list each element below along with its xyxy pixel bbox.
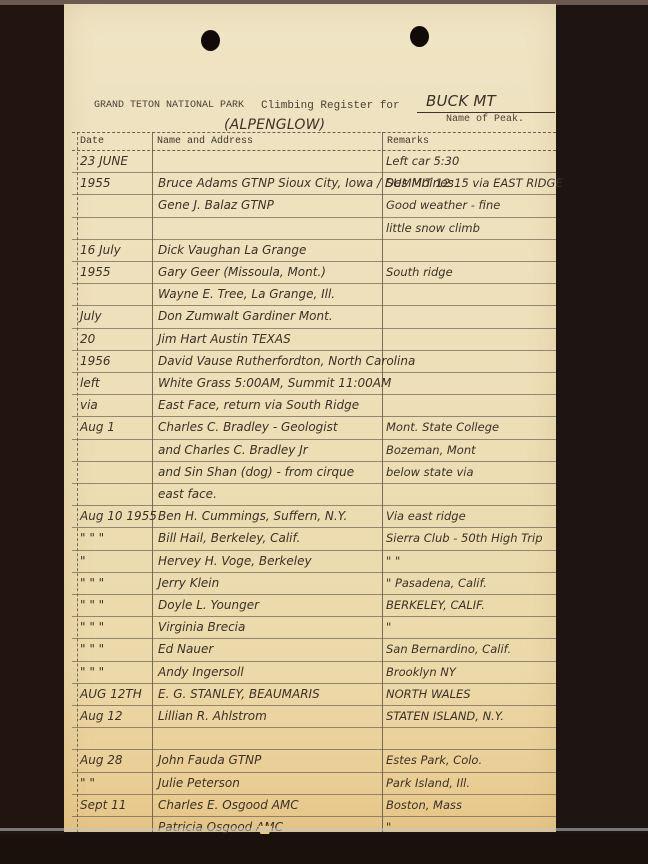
entry-remarks: San Bernardino, Calif. <box>386 642 511 656</box>
row-rule <box>72 638 556 639</box>
row-rule <box>72 505 556 506</box>
entry-date: left <box>80 376 100 390</box>
entry-remarks: " " <box>386 554 400 568</box>
entry-name: Julie Peterson <box>158 776 240 790</box>
entry-date: July <box>80 309 102 323</box>
register-sheet: GRAND TETON NATIONAL PARK Climbing Regis… <box>64 4 556 832</box>
entry-date: 1956 <box>80 354 111 368</box>
entry-name: Jerry Klein <box>158 576 219 590</box>
entry-name: Doyle L. Younger <box>158 598 259 612</box>
column-header-name: Name and Address <box>157 136 253 147</box>
row-rule <box>72 749 556 750</box>
entry-name: East Face, return via South Ridge <box>158 398 359 412</box>
entry-remarks: " <box>386 820 391 834</box>
row-rule <box>72 616 556 617</box>
entry-name: and Charles C. Bradley Jr <box>158 443 308 457</box>
row-rule <box>72 483 556 484</box>
entry-name: Don Zumwalt Gardiner Mont. <box>158 309 333 323</box>
row-rule <box>72 572 556 573</box>
column-header-date: Date <box>80 136 104 147</box>
entry-date: " " " <box>80 598 104 612</box>
row-rule <box>72 705 556 706</box>
entry-remarks: Mont. State College <box>386 420 499 434</box>
entry-name: David Vause Rutherfordton, North Carolin… <box>158 354 415 368</box>
entry-name: Gene J. Balaz GTNP <box>158 198 274 212</box>
punch-hole-left <box>201 30 220 51</box>
entry-name: E. G. STANLEY, BEAUMARIS <box>158 687 320 701</box>
entry-name: Andy Ingersoll <box>158 665 244 679</box>
row-rule <box>72 683 556 684</box>
entry-date: " " " <box>80 576 104 590</box>
row-rule <box>72 727 556 728</box>
row-rule <box>72 416 556 417</box>
entry-date: 16 July <box>80 243 121 257</box>
entry-remarks: below state via <box>386 465 474 479</box>
row-rule <box>72 261 556 262</box>
glass-edge <box>0 828 648 831</box>
entry-date: " " <box>80 776 95 790</box>
entry-remarks: NORTH WALES <box>386 687 471 701</box>
entry-date: Sept 11 <box>80 798 126 812</box>
row-rule <box>72 239 556 240</box>
entry-name: Hervey H. Voge, Berkeley <box>158 554 312 568</box>
column-header-remarks: Remarks <box>387 136 429 147</box>
entry-remarks: BERKELEY, CALIF. <box>386 598 485 612</box>
entry-name: Charles C. Bradley - Geologist <box>158 420 338 434</box>
entry-date: " " " <box>80 620 104 634</box>
entry-remarks: SUMMIT 12:15 via EAST RIDGE <box>386 176 563 190</box>
punch-hole-right <box>410 26 429 47</box>
entry-date: " " " <box>80 642 104 656</box>
entry-name: Gary Geer (Missoula, Mont.) <box>158 265 326 279</box>
entry-name: Lillian R. Ahlstrom <box>158 709 267 723</box>
row-rule <box>72 661 556 662</box>
row-rule <box>72 461 556 462</box>
entry-date: Aug 10 1955 <box>80 509 157 523</box>
entry-remarks: Via east ridge <box>386 509 466 523</box>
peak-underline <box>417 112 555 113</box>
entry-date: " " " <box>80 531 104 545</box>
entry-date: 1955 <box>80 265 111 279</box>
entry-remarks: Good weather - fine <box>386 198 500 212</box>
entry-remarks: South ridge <box>386 265 453 279</box>
entry-date: Aug 12 <box>80 709 123 723</box>
entry-remarks: " <box>386 620 391 634</box>
row-rule <box>72 350 556 351</box>
entry-remarks: Sierra Club - 50th High Trip <box>386 531 543 545</box>
row-rule <box>72 217 556 218</box>
row-rule <box>72 394 556 395</box>
entry-name: Ben H. Cummings, Suffern, N.Y. <box>158 509 347 523</box>
entry-name: Ed Nauer <box>158 642 213 656</box>
register-label: Climbing Register for <box>261 100 400 112</box>
row-rule <box>72 816 556 817</box>
row-rule <box>72 594 556 595</box>
entry-remarks: Boston, Mass <box>386 798 462 812</box>
row-rule <box>72 305 556 306</box>
row-rule <box>72 794 556 795</box>
entry-date: Aug 28 <box>80 753 123 767</box>
entry-name: Wayne E. Tree, La Grange, Ill. <box>158 287 335 301</box>
entry-name: White Grass 5:00AM, Summit 11:00AM <box>158 376 391 390</box>
background-right <box>554 0 648 864</box>
row-rule <box>72 550 556 551</box>
peak-annotation: (ALPENGLOW) <box>224 117 325 133</box>
row-rule <box>72 328 556 329</box>
entry-remarks: Park Island, Ill. <box>386 776 470 790</box>
peak-name-label: Name of Peak. <box>446 114 524 125</box>
peak-name-value: BUCK MT <box>426 92 496 110</box>
entry-date: 20 <box>80 332 95 346</box>
entry-name: John Fauda GTNP <box>158 753 261 767</box>
park-name: GRAND TETON NATIONAL PARK <box>94 100 244 111</box>
entry-remarks: Left car 5:30 <box>386 154 459 168</box>
background-bottom <box>0 834 648 864</box>
entry-remarks: STATEN ISLAND, N.Y. <box>386 709 504 723</box>
entry-date: " " " <box>80 665 104 679</box>
row-rule <box>72 527 556 528</box>
entry-remarks: " Pasadena, Calif. <box>386 576 487 590</box>
row-rule <box>72 283 556 284</box>
row-rule <box>72 439 556 440</box>
entry-name: Virginia Brecia <box>158 620 245 634</box>
header-bottom-rule <box>72 150 556 151</box>
entry-name: Charles E. Osgood AMC <box>158 798 299 812</box>
entry-date: Aug 1 <box>80 420 115 434</box>
background-left <box>0 0 64 864</box>
entry-date: 23 JUNE <box>80 154 128 168</box>
entry-name: Bill Hail, Berkeley, Calif. <box>158 531 300 545</box>
row-rule <box>72 372 556 373</box>
entry-name: and Sin Shan (dog) - from cirque <box>158 465 354 479</box>
entry-name: Dick Vaughan La Grange <box>158 243 306 257</box>
row-rule <box>72 772 556 773</box>
row-rule <box>72 172 556 173</box>
entry-date: 1955 <box>80 176 111 190</box>
entry-date: " <box>80 554 86 568</box>
row-rule <box>72 194 556 195</box>
entry-date: AUG 12TH <box>80 687 142 701</box>
table-top-rule <box>72 132 556 133</box>
entry-name: Jim Hart Austin TEXAS <box>158 332 291 346</box>
entry-remarks: Bozeman, Mont <box>386 443 476 457</box>
entry-remarks: little snow climb <box>386 221 480 235</box>
entry-remarks: Brooklyn NY <box>386 665 456 679</box>
entry-date: via <box>80 398 98 412</box>
entry-name: east face. <box>158 487 217 501</box>
entry-remarks: Estes Park, Colo. <box>386 753 482 767</box>
